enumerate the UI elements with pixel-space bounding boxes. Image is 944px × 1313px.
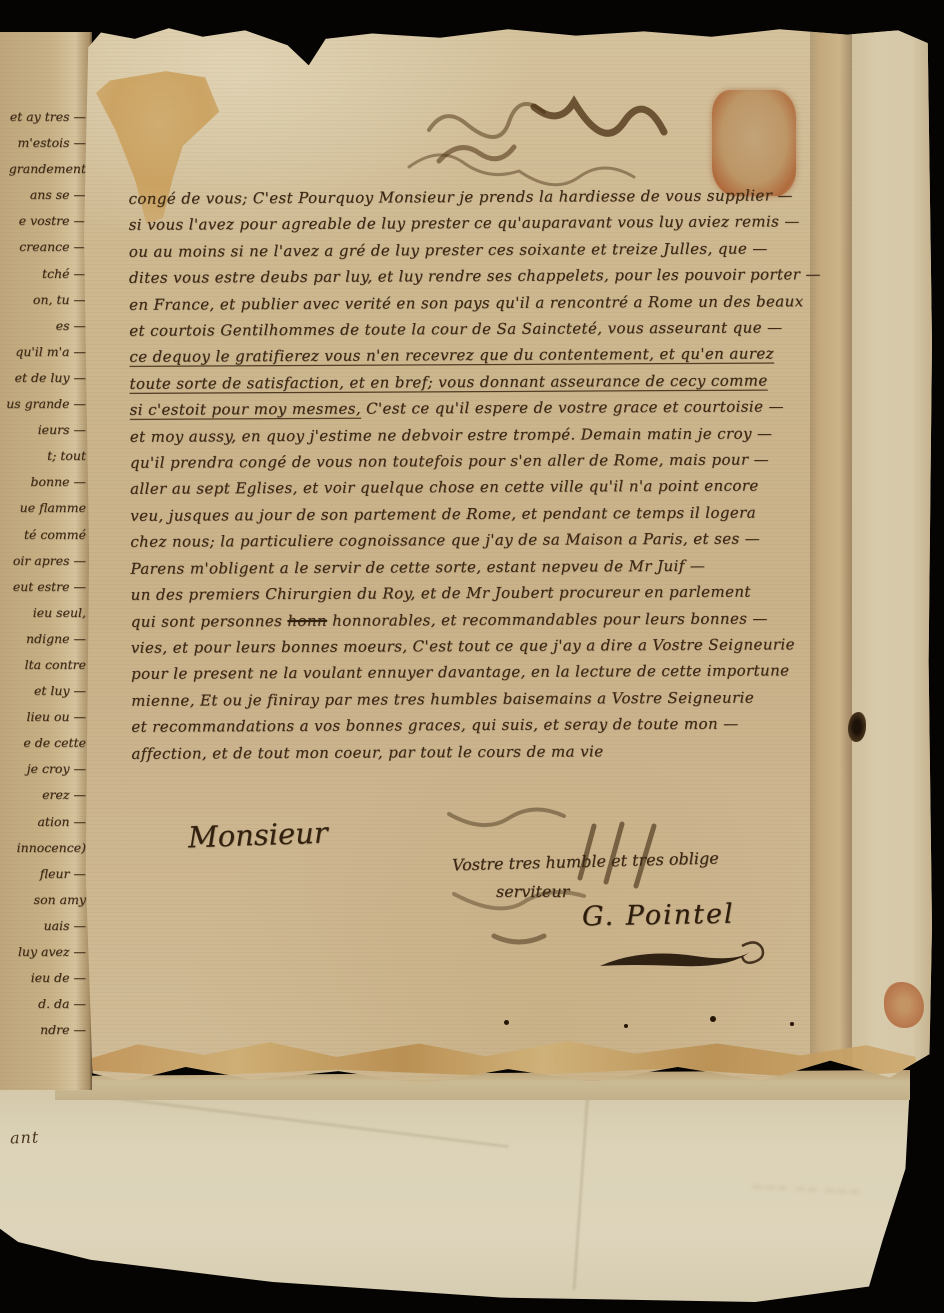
letter-line: et courtois Gentilhommes de toute la cou… [129, 314, 819, 344]
margin-fragment: on, tu — [0, 287, 86, 313]
margin-fragment: tché — [0, 261, 86, 287]
letter-line: dites vous estre deubs par luy, et luy r… [129, 261, 819, 291]
letter-line: si c'estoit pour moy mesmes, C'est ce qu… [130, 393, 820, 423]
margin-fragment: erez — [0, 782, 86, 808]
letter-line: vies, et pour leurs bonnes moeurs, C'est… [131, 631, 821, 661]
margin-fragment: e vostre — [0, 208, 86, 234]
margin-fragment: innocence) [0, 835, 86, 861]
margin-fragment: ue flamme [0, 495, 86, 521]
ink-showthrough: ~~~ ~~ ~~~ [558, 1167, 861, 1253]
signature: G. Pointel [582, 899, 735, 933]
margin-fragment: ndigne — [0, 626, 86, 652]
valediction-line2: serviteur [496, 882, 569, 901]
letter-line: Parens m'obligent a le servir de cette s… [130, 552, 820, 582]
letter-line-underlined: ce dequoy le gratifierez vous n'en recev… [129, 341, 819, 371]
letter-body: congé de vous; C'est Pourquoy Monsieur j… [128, 182, 821, 767]
paper-crease [91, 1094, 508, 1147]
letter-line: et moy aussy, en quoy j'estime ne debvoi… [130, 420, 820, 450]
manuscript-photo: ~~~ ~~ ~~~ et ay tres — m'estois — grand… [0, 0, 944, 1313]
letter-line: congé de vous; C'est Pourquoy Monsieur j… [128, 182, 818, 212]
valediction-line1: Vostre tres humble et tres oblige [452, 849, 719, 875]
letter-line: ou au moins si ne l'avez a gré de luy pr… [129, 235, 819, 265]
margin-fragment: qu'il m'a — [0, 339, 86, 365]
wax-stain-top-right [712, 90, 796, 196]
letter-line: chez nous; la particuliere cognoissance … [130, 525, 820, 555]
margin-fragment: je croy — [0, 756, 86, 782]
letter-line-part: honnorables, et recommandables pour leur… [327, 609, 768, 629]
bottom-blank-page: ~~~ ~~ ~~~ [0, 1080, 910, 1302]
ink-speck [624, 1024, 628, 1028]
margin-fragment: lta contre [0, 652, 86, 678]
facing-page-line-endings: et ay tres — m'estois — grandement ans s… [0, 104, 92, 1043]
letter-line: affection, et de tout mon coeur, par tou… [131, 737, 821, 767]
bottom-page-fragment: ant [10, 1127, 40, 1147]
letter-line-underlined: toute sorte de satisfaction, et en bref;… [129, 367, 819, 397]
margin-fragment: ieu seul, [0, 600, 86, 626]
letter-line: pour le present ne la voulant ennuyer da… [131, 658, 821, 688]
letter-page: congé de vous; C'est Pourquoy Monsieur j… [84, 24, 932, 1086]
margin-fragment: e de cette [0, 730, 86, 756]
closing-salutation: Monsieur [187, 816, 328, 855]
margin-fragment: uais — [0, 913, 86, 939]
margin-fragment: et luy — [0, 678, 86, 704]
margin-fragment: fleur — [0, 861, 86, 887]
ink-speck [504, 1020, 509, 1025]
letter-line-rest: C'est ce qu'il espere de vostre grace et… [361, 398, 784, 418]
margin-fragment: luy avez — [0, 939, 86, 965]
stain-bottom-band [88, 1036, 916, 1078]
underlined-phrase: si c'estoit pour moy mesmes, [130, 400, 361, 419]
margin-fragment: lieu ou — [0, 704, 86, 730]
letter-line: un des premiers Chirurgien du Roy, et de… [131, 578, 821, 608]
margin-fragment: t; tout [0, 443, 86, 469]
ink-speck [710, 1016, 716, 1022]
struck-word: honn [287, 611, 327, 629]
margin-fragment: son amy [0, 887, 86, 913]
letter-line: qu'il prendra congé de vous non toutefoi… [130, 446, 820, 476]
margin-fragment: creance — [0, 234, 86, 260]
margin-fragment: eut estre — [0, 574, 86, 600]
margin-fragment: ieu de — [0, 965, 86, 991]
margin-fragment: us grande — [0, 391, 86, 417]
page-outer-edge [852, 24, 932, 1086]
letter-line: et recommandations a vos bonnes graces, … [131, 710, 821, 740]
margin-fragment: ation — [0, 809, 86, 835]
margin-fragment: té commé [0, 522, 86, 548]
margin-fragment: ndre — [0, 1017, 86, 1043]
margin-fragment: et ay tres — [0, 104, 86, 130]
margin-fragment: oir apres — [0, 548, 86, 574]
margin-fragment: m'estois — [0, 130, 86, 156]
margin-fragment: es — [0, 313, 86, 339]
ink-speck [790, 1022, 794, 1026]
margin-fragment: bonne — [0, 469, 86, 495]
letter-line: si vous l'avez pour agreable de luy pres… [129, 209, 819, 239]
signature-flourish [592, 936, 782, 976]
letter-line: veu, jusques au jour de son partement de… [130, 499, 820, 529]
margin-fragment: ans se — [0, 182, 86, 208]
letter-line: mienne, Et ou je finiray par mes tres hu… [131, 684, 821, 714]
letter-line: aller au sept Eglises, et voir quelque c… [130, 473, 820, 503]
margin-fragment: ieurs — [0, 417, 86, 443]
margin-fragment: grandement [0, 156, 86, 182]
letter-line-part: qui sont personnes [131, 611, 288, 630]
letter-line: en France, et publier avec verité en son… [129, 288, 819, 318]
margin-fragment: et de luy — [0, 365, 86, 391]
letter-line: qui sont personnes honn honnorables, et … [131, 605, 821, 635]
margin-fragment: d. da — [0, 991, 86, 1017]
